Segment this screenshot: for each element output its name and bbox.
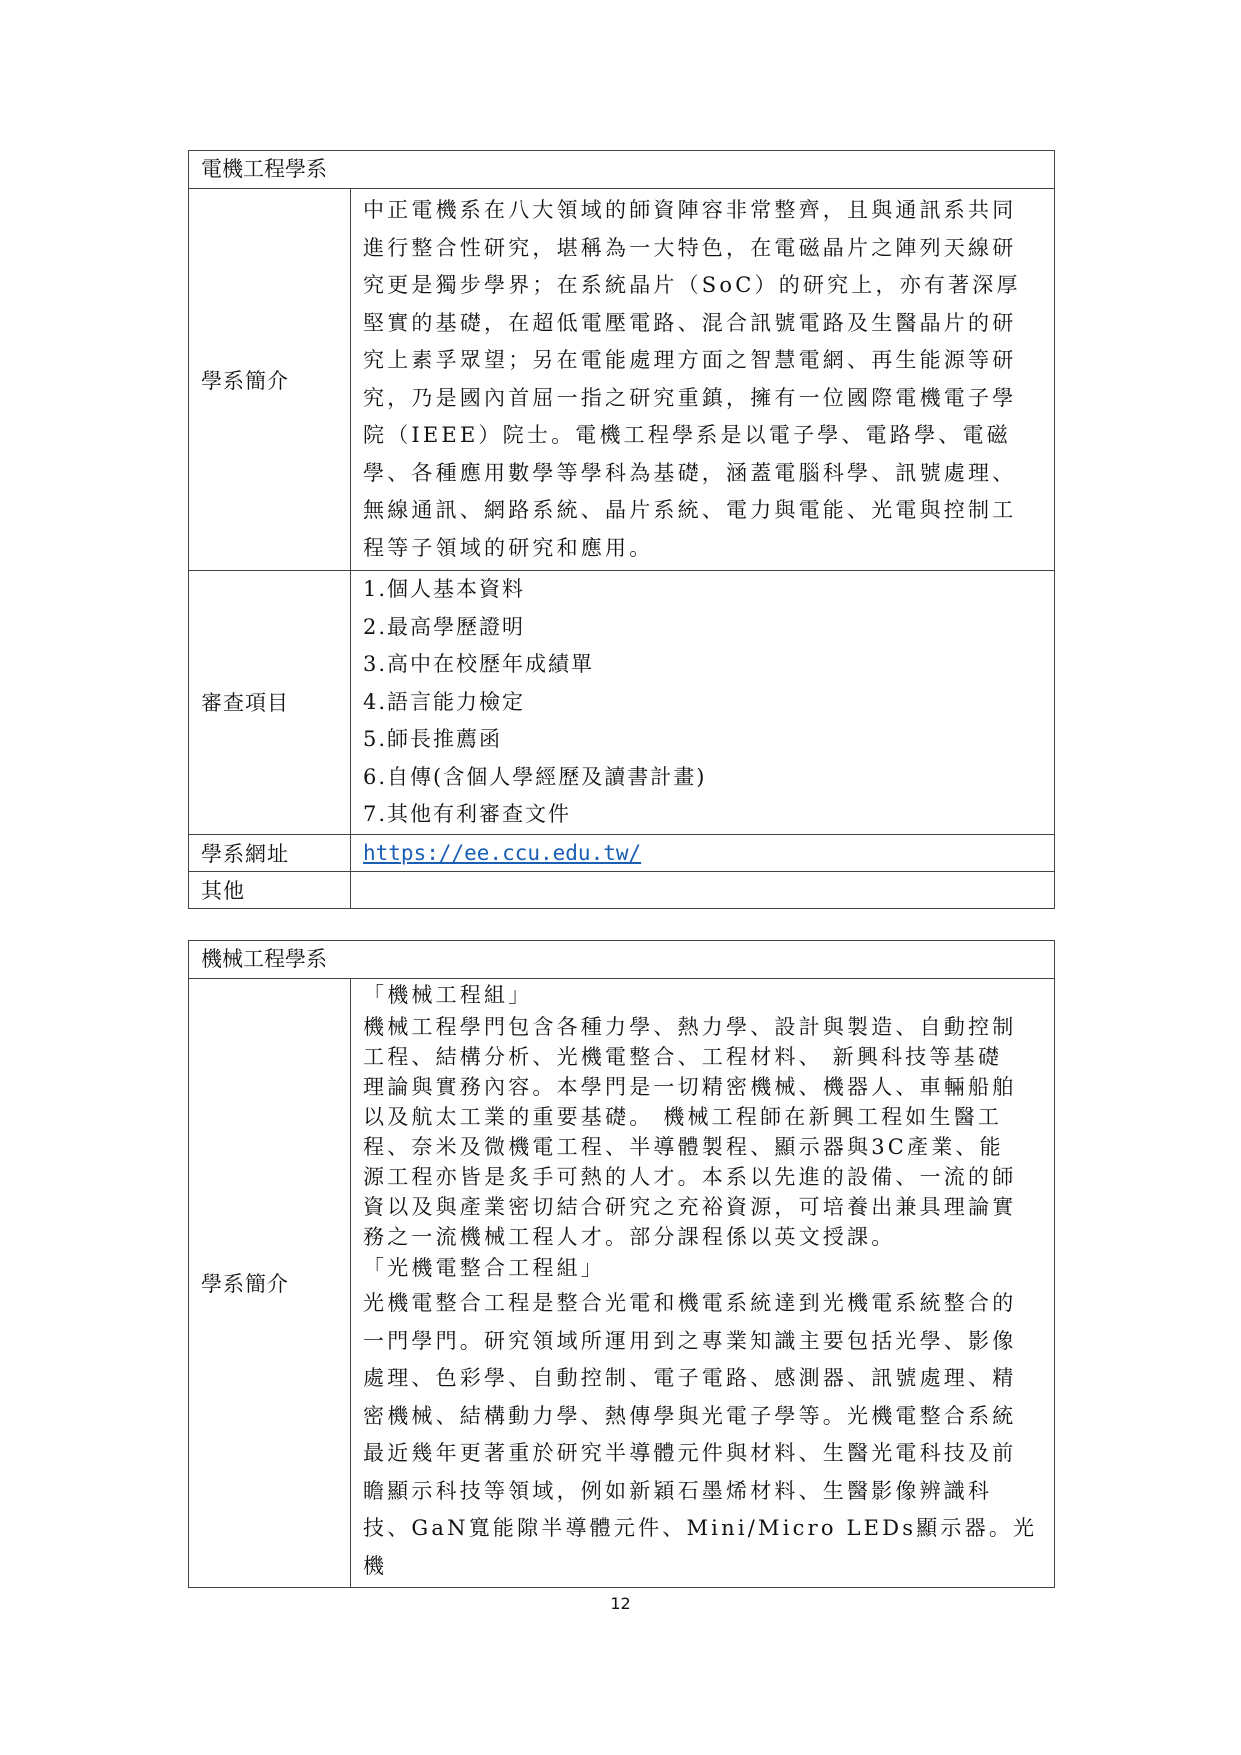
review-items: 1.個人基本資料 2.最高學歷證明 3.高中在校歷年成績單 4.語言能力檢定 5… — [351, 571, 1055, 835]
intro-line: 處理、色彩學、自動控制、電子電路、感測器、訊號處理、精 — [363, 1360, 1042, 1398]
intro-line: 究上素孚眾望；另在電能處理方面之智慧電網、再生能源等研 — [363, 342, 1042, 380]
intro-line: 源工程亦皆是炙手可熱的人才。本系以先進的設備、一流的師 — [363, 1162, 1042, 1192]
intro-line: 無線通訊、網路系統、晶片系統、電力與電能、光電與控制工 — [363, 492, 1042, 530]
url-label: 學系網址 — [189, 834, 351, 871]
department-table-ee: 電機工程學系 學系簡介 中正電機系在八大領域的師資陣容非常整齊，且與通訊系共同 … — [188, 150, 1055, 909]
intro-line: 理論與實務內容。本學門是一切精密機械、機器人、車輛船舶 — [363, 1072, 1042, 1102]
department-url-link[interactable]: https://ee.ccu.edu.tw/ — [363, 841, 641, 865]
intro-line: 學、各種應用數學等學科為基礎，涵蓋電腦科學、訊號處理、 — [363, 455, 1042, 493]
review-item: 7.其他有利審查文件 — [363, 796, 1042, 834]
other-value — [351, 871, 1055, 908]
url-cell: https://ee.ccu.edu.tw/ — [351, 834, 1055, 871]
intro-label: 學系簡介 — [189, 189, 351, 571]
intro-line: 程等子領域的研究和應用。 — [363, 530, 1042, 568]
other-label: 其他 — [189, 871, 351, 908]
department-title: 機械工程學系 — [189, 941, 1055, 979]
intro-line: 堅實的基礎，在超低電壓電路、混合訊號電路及生醫晶片的研 — [363, 305, 1042, 343]
review-item: 4.語言能力檢定 — [363, 684, 1042, 722]
intro-label: 學系簡介 — [189, 979, 351, 1588]
group-heading: 「機械工程組」 — [363, 979, 1042, 1012]
intro-line: 一門學門。研究領域所運用到之專業知識主要包括光學、影像 — [363, 1323, 1042, 1361]
intro-line: 光機電整合工程是整合光電和機電系統達到光機電系統整合的 — [363, 1285, 1042, 1323]
review-item: 3.高中在校歷年成績單 — [363, 646, 1042, 684]
page-number: 12 — [0, 1594, 1241, 1613]
intro-line: 進行整合性研究，堪稱為一大特色，在電磁晶片之陣列天線研 — [363, 230, 1042, 268]
review-item: 2.最高學歷證明 — [363, 609, 1042, 647]
intro-line: 中正電機系在八大領域的師資陣容非常整齊，且與通訊系共同 — [363, 192, 1042, 230]
intro-line: 究更是獨步學界；在系統晶片（SoC）的研究上，亦有著深厚 — [363, 267, 1042, 305]
intro-line: 院（IEEE）院士。電機工程學系是以電子學、電路學、電磁 — [363, 417, 1042, 455]
review-item: 1.個人基本資料 — [363, 571, 1042, 609]
intro-content: 「機械工程組」 機械工程學門包含各種力學、熱力學、設計與製造、自動控制 工程、結… — [351, 979, 1055, 1588]
intro-line: 工程、結構分析、光機電整合、工程材料、 新興科技等基礎 — [363, 1042, 1042, 1072]
department-title: 電機工程學系 — [189, 151, 1055, 189]
intro-line: 以及航太工業的重要基礎。 機械工程師在新興工程如生醫工 — [363, 1102, 1042, 1132]
review-label: 審查項目 — [189, 571, 351, 835]
review-item: 6.自傳(含個人學經歷及讀書計畫) — [363, 759, 1042, 797]
intro-line: 資以及與產業密切結合研究之充裕資源，可培養出兼具理論實 — [363, 1192, 1042, 1222]
intro-line: 程、奈米及微機電工程、半導體製程、顯示器與3C產業、能 — [363, 1132, 1042, 1162]
intro-line: 務之一流機械工程人才。部分課程係以英文授課。 — [363, 1222, 1042, 1252]
review-item: 5.師長推薦函 — [363, 721, 1042, 759]
intro-line: 最近幾年更著重於研究半導體元件與材料、生醫光電科技及前 — [363, 1435, 1042, 1473]
intro-content: 中正電機系在八大領域的師資陣容非常整齊，且與通訊系共同 進行整合性研究，堪稱為一… — [351, 189, 1055, 571]
intro-line: 究，乃是國內首屈一指之研究重鎮，擁有一位國際電機電子學 — [363, 380, 1042, 418]
intro-line: 機械工程學門包含各種力學、熱力學、設計與製造、自動控制 — [363, 1012, 1042, 1042]
group-heading: 「光機電整合工程組」 — [363, 1252, 1042, 1285]
intro-line: 技、GaN寬能隙半導體元件、Mini/Micro LEDs顯示器。光機 — [363, 1510, 1042, 1585]
intro-line: 密機械、結構動力學、熱傳學與光電子學等。光機電整合系統 — [363, 1398, 1042, 1436]
intro-line: 瞻顯示科技等領域，例如新穎石墨烯材料、生醫影像辨識科 — [363, 1473, 1042, 1511]
department-table-me: 機械工程學系 學系簡介 「機械工程組」 機械工程學門包含各種力學、熱力學、設計與… — [188, 940, 1055, 1588]
